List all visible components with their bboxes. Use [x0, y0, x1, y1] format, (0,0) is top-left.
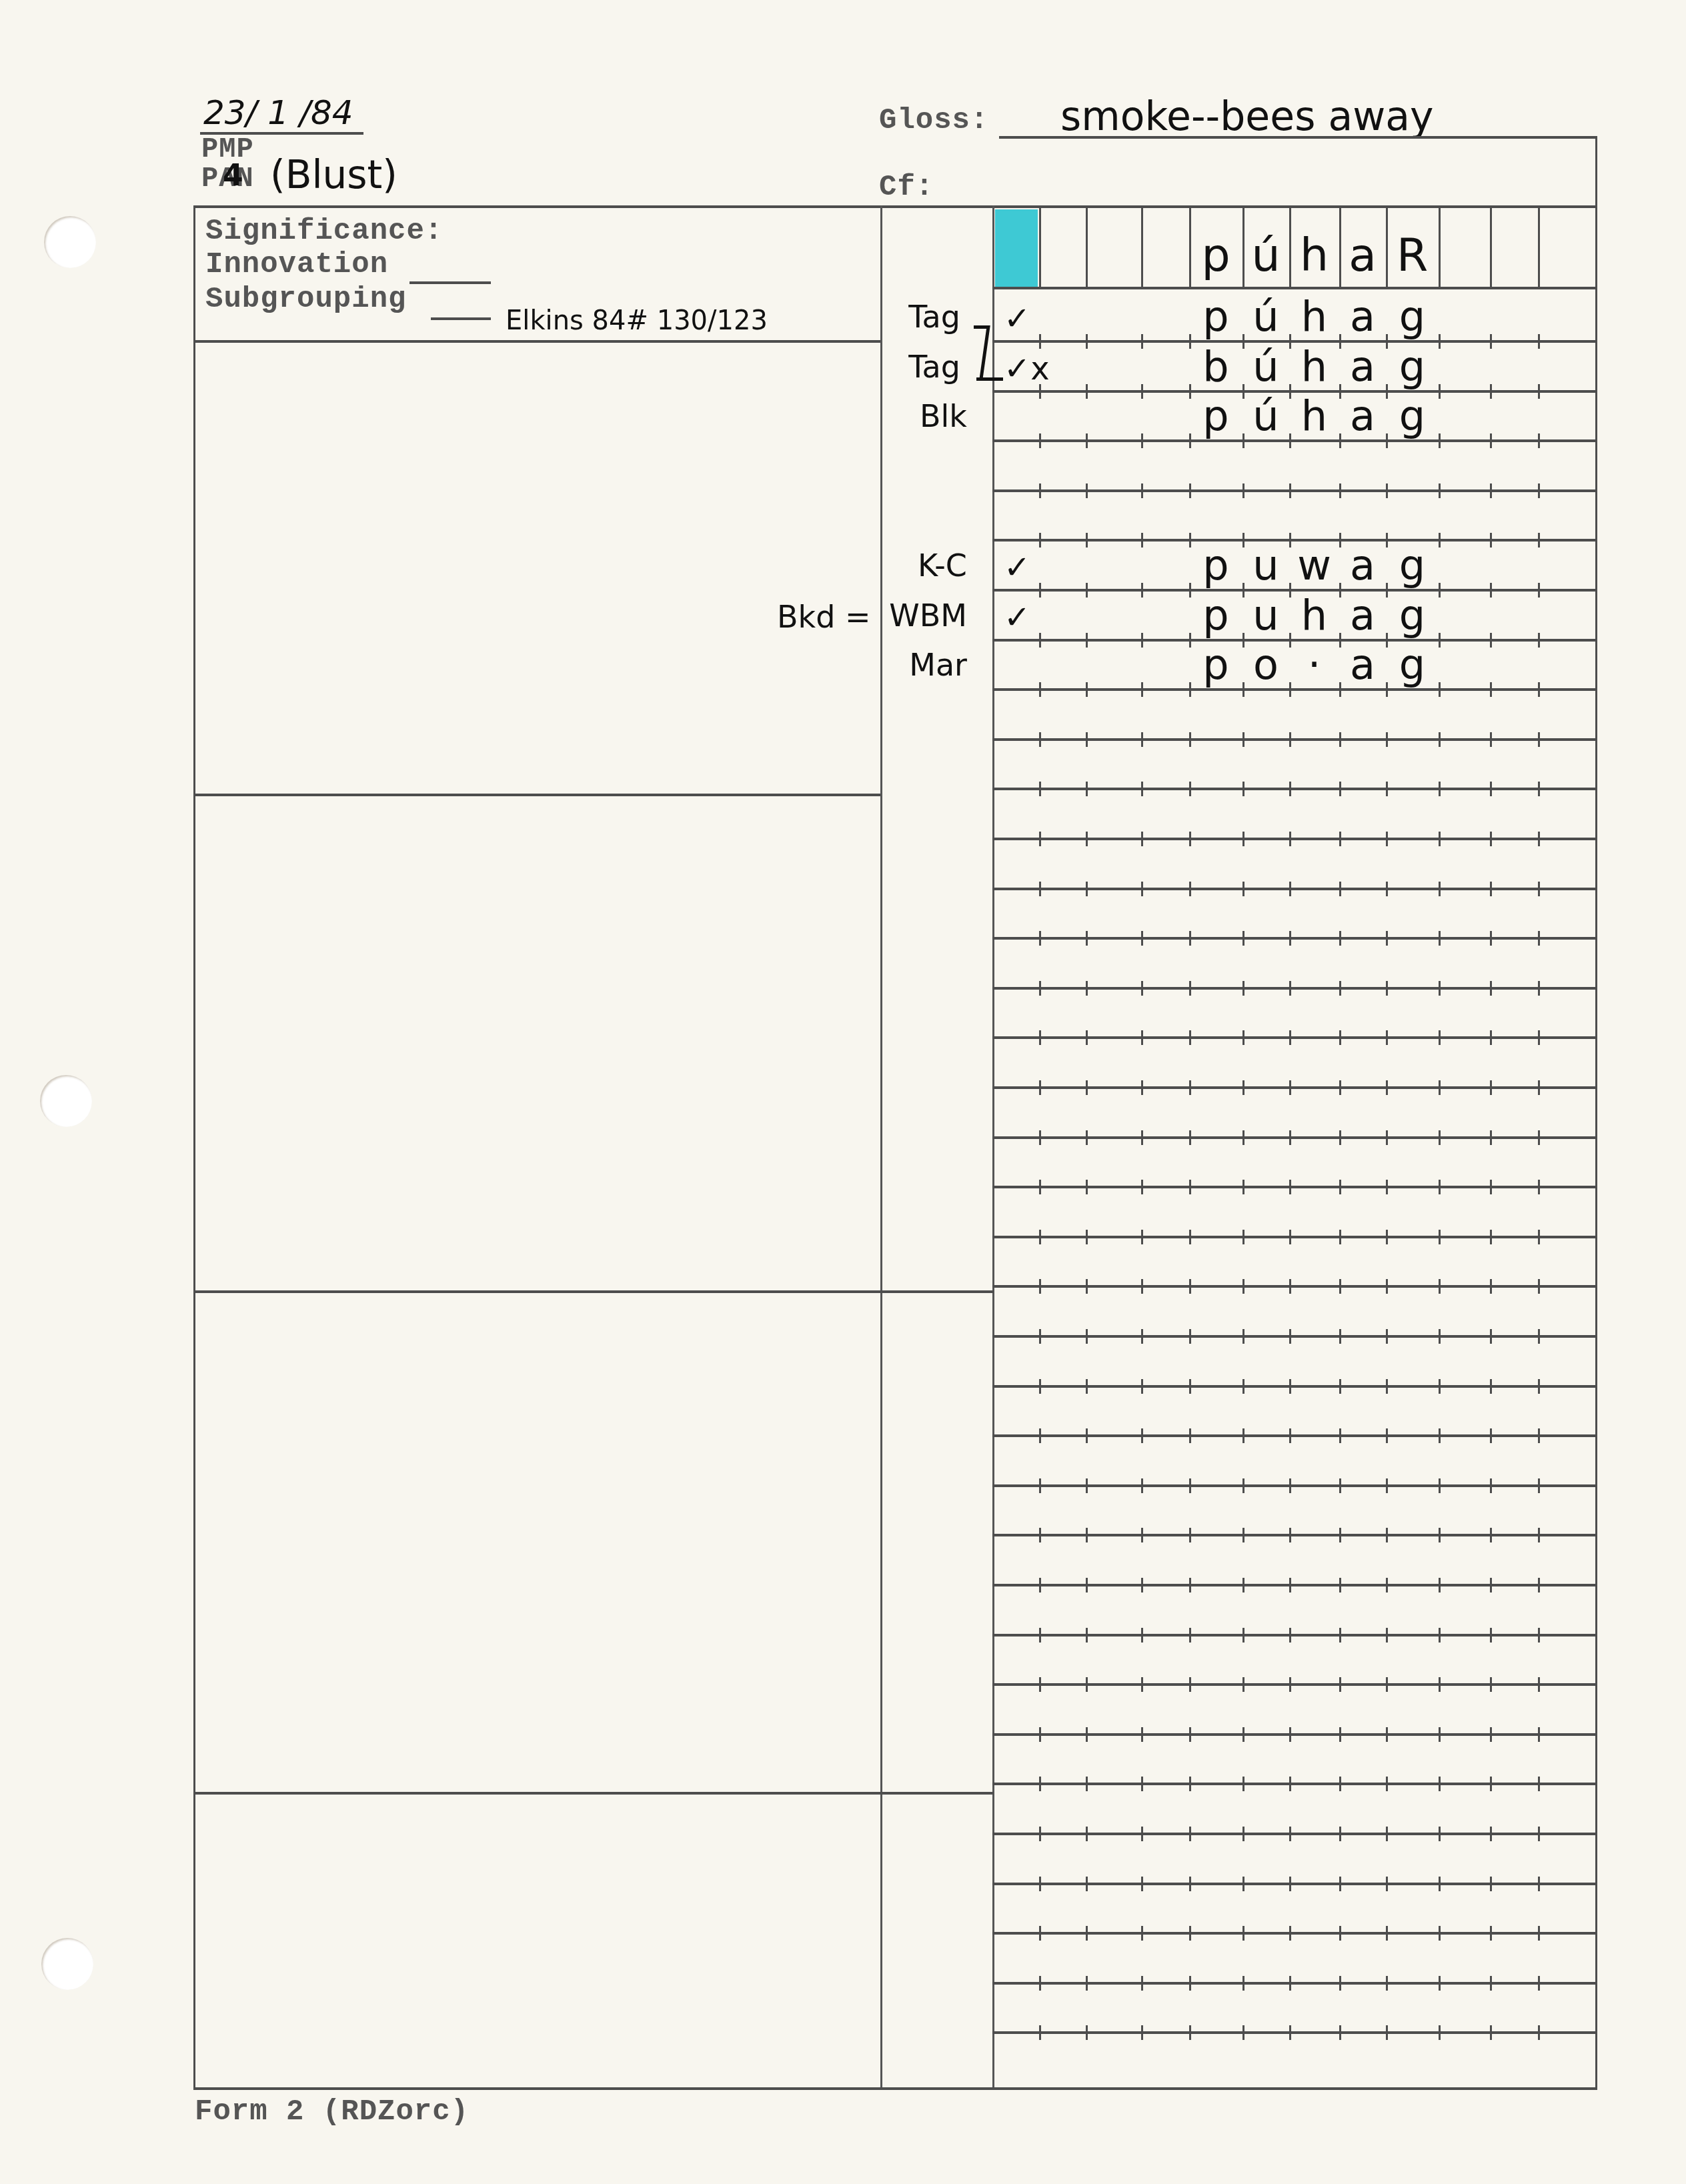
- form-segment: a: [1339, 292, 1386, 341]
- segment-tick: [1439, 2025, 1441, 2040]
- segment-tick: [1189, 1926, 1191, 1941]
- header-highlight-cell: [995, 209, 1038, 288]
- segment-tick: [1039, 1777, 1041, 1791]
- entry-row-line: [992, 1833, 1595, 1835]
- segment-tick: [1490, 1777, 1492, 1791]
- segment-tick: [1086, 1478, 1088, 1493]
- protolanguage-overwrite: 4: [223, 159, 243, 193]
- entry-row-line: [992, 1534, 1595, 1536]
- segment-tick: [1039, 1030, 1041, 1045]
- segment-tick: [1490, 1827, 1492, 1841]
- entry-row-line: [992, 738, 1595, 741]
- left-divider-3: [193, 1290, 994, 1293]
- segment-tick: [1086, 1379, 1088, 1394]
- segment-tick: [1490, 782, 1492, 796]
- segment-tick: [1289, 1379, 1291, 1394]
- entry-row-line: [992, 1086, 1595, 1089]
- language-label: Blk: [867, 398, 967, 434]
- segment-tick: [1386, 1926, 1388, 1941]
- segment-tick: [1439, 732, 1441, 747]
- left-divider-4: [193, 1792, 994, 1795]
- segment-tick: [1289, 1478, 1291, 1493]
- form-segment: p: [1189, 541, 1242, 590]
- segment-tick: [1490, 682, 1492, 697]
- segment-tick: [1289, 1279, 1291, 1294]
- form-segment: p: [1189, 591, 1242, 640]
- segment-tick: [1141, 633, 1143, 648]
- segment-tick: [1289, 832, 1291, 846]
- segment-tick: [1141, 682, 1143, 697]
- language-label: Tag: [860, 299, 960, 335]
- segment-tick: [1386, 1727, 1388, 1742]
- segment-tick: [1242, 1877, 1244, 1891]
- segment-tick: [1538, 1279, 1540, 1294]
- segment-tick: [1490, 583, 1492, 598]
- segment-tick: [1538, 1478, 1540, 1493]
- segment-tick: [1386, 1428, 1388, 1443]
- segment-tick: [1086, 633, 1088, 648]
- segment-tick: [1086, 1428, 1088, 1443]
- segment-tick: [1242, 1727, 1244, 1742]
- segment-tick: [1538, 931, 1540, 946]
- segment-tick: [1538, 1727, 1540, 1742]
- segment-tick: [1439, 1230, 1441, 1244]
- segment-tick: [1538, 1428, 1540, 1443]
- form-segment: g: [1386, 640, 1439, 689]
- segment-tick: [1086, 931, 1088, 946]
- segment-tick: [1339, 882, 1341, 896]
- subgrouping-label: Subgrouping: [205, 283, 406, 316]
- segment-tick: [1242, 1777, 1244, 1791]
- segment-tick: [1538, 1677, 1540, 1692]
- segment-tick: [1086, 1030, 1088, 1045]
- segment-tick: [1141, 931, 1143, 946]
- segment-tick: [1490, 1230, 1492, 1244]
- segment-tick: [1141, 1677, 1143, 1692]
- segment-tick: [1289, 882, 1291, 896]
- segment-tick: [1386, 1080, 1388, 1095]
- segment-tick: [1086, 882, 1088, 896]
- tag-bracket-vertical: [979, 325, 990, 380]
- segment-tick: [1490, 1180, 1492, 1194]
- segment-tick: [1439, 1777, 1441, 1791]
- segment-tick: [1439, 832, 1441, 846]
- segment-tick: [1189, 1180, 1191, 1194]
- segment-tick: [1538, 533, 1540, 548]
- segment-tick: [1189, 1279, 1191, 1294]
- segment-tick: [1339, 1976, 1341, 1991]
- segment-tick: [1039, 1827, 1041, 1841]
- segment-tick: [1289, 2025, 1291, 2040]
- form-segment: h: [1289, 391, 1339, 440]
- segment-tick: [1039, 882, 1041, 896]
- segment-tick: [1339, 1130, 1341, 1145]
- segment-tick: [1242, 2025, 1244, 2040]
- segment-tick: [1039, 483, 1041, 498]
- segment-tick: [1538, 1030, 1540, 1045]
- segment-tick: [1039, 533, 1041, 548]
- segment-tick: [1339, 1030, 1341, 1045]
- segment-tick: [1039, 433, 1041, 448]
- segment-tick: [1339, 1926, 1341, 1941]
- segment-tick: [1141, 1578, 1143, 1592]
- segment-tick: [1490, 1080, 1492, 1095]
- entry-row-line: [992, 1783, 1595, 1785]
- segment-tick: [1386, 1329, 1388, 1344]
- segment-tick: [1242, 1180, 1244, 1194]
- segment-tick: [1439, 1976, 1441, 1991]
- segment-tick: [1289, 1877, 1291, 1891]
- cf-label: Cf:: [879, 171, 934, 204]
- segment-tick: [1141, 1080, 1143, 1095]
- segment-tick: [1490, 1727, 1492, 1742]
- segment-tick: [1086, 1329, 1088, 1344]
- segment-tick: [1242, 782, 1244, 796]
- segment-tick: [1289, 1130, 1291, 1145]
- header-grid-column-divider: [1538, 207, 1540, 288]
- segment-tick: [1289, 1428, 1291, 1443]
- gloss-label: Gloss:: [879, 104, 988, 137]
- segment-tick: [1538, 1180, 1540, 1194]
- form-segment: a: [1339, 640, 1386, 689]
- reference-note: Elkins 84# 130/123: [506, 305, 768, 336]
- segment-tick: [1386, 882, 1388, 896]
- segment-tick: [1289, 981, 1291, 996]
- segment-tick: [1189, 1379, 1191, 1394]
- segment-tick: [1439, 1379, 1441, 1394]
- segment-tick: [1386, 1976, 1388, 1991]
- segment-tick: [1339, 1329, 1341, 1344]
- segment-tick: [1538, 1578, 1540, 1592]
- segment-tick: [1339, 1677, 1341, 1692]
- entry-row-line: [992, 489, 1595, 492]
- segment-tick: [1141, 2025, 1143, 2040]
- segment-tick: [1242, 1130, 1244, 1145]
- segment-tick: [1086, 1677, 1088, 1692]
- binder-hole-middle: [40, 1075, 92, 1127]
- segment-tick: [1189, 1080, 1191, 1095]
- segment-tick: [1339, 2025, 1341, 2040]
- segment-tick: [1189, 1976, 1191, 1991]
- segment-tick: [1189, 1877, 1191, 1891]
- segment-tick: [1538, 1877, 1540, 1891]
- segment-tick: [1039, 633, 1041, 648]
- segment-tick: [1386, 1030, 1388, 1045]
- segment-tick: [1439, 583, 1441, 598]
- segment-tick: [1289, 782, 1291, 796]
- segment-tick: [1439, 1578, 1441, 1592]
- segment-tick: [1386, 1777, 1388, 1791]
- segment-tick: [1086, 981, 1088, 996]
- segment-tick: [1490, 1478, 1492, 1493]
- segment-tick: [1439, 1628, 1441, 1643]
- segment-tick: [1339, 1279, 1341, 1294]
- segment-tick: [1189, 483, 1191, 498]
- form-segment: g: [1386, 541, 1439, 590]
- segment-tick: [1339, 981, 1341, 996]
- tag-bracket-bottom: [976, 377, 1003, 381]
- segment-tick: [1289, 1080, 1291, 1095]
- form-segment: g: [1386, 342, 1439, 391]
- segment-tick: [1242, 1030, 1244, 1045]
- segment-tick: [1141, 1230, 1143, 1244]
- form-segment: a: [1339, 591, 1386, 640]
- innovation-blank[interactable]: [409, 281, 491, 284]
- segment-tick: [1189, 1030, 1191, 1045]
- segment-tick: [1086, 433, 1088, 448]
- entry-row-line: [992, 2031, 1595, 2034]
- form-segment: u: [1242, 541, 1289, 590]
- segment-tick: [1189, 1230, 1191, 1244]
- segment-tick: [1086, 682, 1088, 697]
- segment-tick: [1439, 334, 1441, 349]
- segment-tick: [1439, 1329, 1441, 1344]
- segment-tick: [1086, 1827, 1088, 1841]
- segment-tick: [1439, 384, 1441, 399]
- segment-tick: [1386, 1230, 1388, 1244]
- segment-tick: [1086, 1279, 1088, 1294]
- segment-tick: [1439, 1030, 1441, 1045]
- segment-tick: [1039, 1877, 1041, 1891]
- form-segment: b: [1189, 342, 1242, 391]
- segment-tick: [1538, 832, 1540, 846]
- segment-tick: [1386, 1180, 1388, 1194]
- segment-tick: [1086, 483, 1088, 498]
- segment-tick: [1039, 583, 1041, 598]
- entry-prefix: Bkd =: [777, 599, 871, 635]
- segment-tick: [1538, 1827, 1540, 1841]
- gloss-underline: [999, 136, 1597, 139]
- left-divider-1: [193, 340, 880, 343]
- segment-tick: [1189, 1578, 1191, 1592]
- segment-tick: [1490, 1528, 1492, 1542]
- segment-tick: [1189, 1777, 1191, 1791]
- segment-tick: [1538, 633, 1540, 648]
- form-segment: w: [1289, 541, 1339, 590]
- segment-tick: [1086, 583, 1088, 598]
- segment-tick: [1189, 732, 1191, 747]
- segment-tick: [1242, 981, 1244, 996]
- segment-tick: [1242, 1677, 1244, 1692]
- segment-tick: [1242, 931, 1244, 946]
- segment-tick: [1039, 334, 1041, 349]
- segment-tick: [1339, 1230, 1341, 1244]
- segment-tick: [1538, 433, 1540, 448]
- entry-row-line: [992, 1335, 1595, 1338]
- segment-tick: [1242, 1528, 1244, 1542]
- segment-tick: [1339, 483, 1341, 498]
- segment-tick: [1039, 782, 1041, 796]
- segment-tick: [1039, 1628, 1041, 1643]
- segment-tick: [1289, 1528, 1291, 1542]
- segment-tick: [1039, 2025, 1041, 2040]
- entry-row-line: [992, 1982, 1595, 1985]
- segment-tick: [1339, 1777, 1341, 1791]
- segment-tick: [1189, 1478, 1191, 1493]
- form-segment: ·: [1289, 640, 1339, 689]
- form-segment: a: [1339, 541, 1386, 590]
- segment-tick: [1439, 1080, 1441, 1095]
- segment-tick: [1141, 1279, 1143, 1294]
- segment-tick: [1189, 2025, 1191, 2040]
- segment-tick: [1242, 882, 1244, 896]
- segment-tick: [1490, 433, 1492, 448]
- segment-tick: [1439, 682, 1441, 697]
- frame-right: [1595, 205, 1597, 2090]
- segment-tick: [1242, 1578, 1244, 1592]
- segment-tick: [1538, 1329, 1540, 1344]
- form-segment: ú: [1242, 342, 1289, 391]
- segment-tick: [1039, 981, 1041, 996]
- segment-tick: [1490, 334, 1492, 349]
- segment-tick: [1141, 1777, 1143, 1791]
- segment-tick: [1490, 1578, 1492, 1592]
- segment-tick: [1490, 533, 1492, 548]
- segment-tick: [1189, 1528, 1191, 1542]
- significance-label: Significance:: [205, 215, 443, 248]
- form-label: Form 2 (RDZorc): [195, 2095, 469, 2129]
- reconstruction-segment: R: [1386, 229, 1439, 282]
- segment-tick: [1086, 1877, 1088, 1891]
- segment-tick: [1289, 483, 1291, 498]
- segment-tick: [1039, 1926, 1041, 1941]
- segment-tick: [1339, 1727, 1341, 1742]
- segment-tick: [1189, 1628, 1191, 1643]
- segment-tick: [1086, 1180, 1088, 1194]
- segment-tick: [1242, 1428, 1244, 1443]
- segment-tick: [1538, 1230, 1540, 1244]
- segment-tick: [1086, 1926, 1088, 1941]
- segment-tick: [1242, 1230, 1244, 1244]
- subgrouping-blank[interactable]: [431, 317, 491, 320]
- segment-tick: [1242, 832, 1244, 846]
- segment-tick: [1039, 1528, 1041, 1542]
- segment-tick: [1039, 1230, 1041, 1244]
- segment-tick: [1439, 1926, 1441, 1941]
- segment-tick: [1141, 882, 1143, 896]
- segment-tick: [1538, 981, 1540, 996]
- segment-tick: [1538, 483, 1540, 498]
- segment-tick: [1490, 633, 1492, 648]
- segment-tick: [1439, 483, 1441, 498]
- segment-tick: [1490, 882, 1492, 896]
- entry-row-line: [992, 888, 1595, 890]
- form-segment: a: [1339, 342, 1386, 391]
- segment-tick: [1039, 1478, 1041, 1493]
- form-segment: p: [1189, 391, 1242, 440]
- segment-tick: [1039, 1976, 1041, 1991]
- left-divider-2: [193, 794, 880, 796]
- entry-row-line: [992, 1236, 1595, 1238]
- entry-row-line: [992, 1285, 1595, 1288]
- segment-tick: [1039, 1080, 1041, 1095]
- segment-tick: [1339, 1827, 1341, 1841]
- segment-tick: [1439, 1180, 1441, 1194]
- language-label: Mar: [867, 647, 967, 683]
- segment-tick: [1039, 1727, 1041, 1742]
- binder-hole-bottom: [41, 1938, 93, 1990]
- entry-row-line: [992, 1484, 1595, 1487]
- segment-tick: [1490, 1628, 1492, 1643]
- header-grid-bottom: [992, 287, 1597, 289]
- segment-tick: [1189, 1677, 1191, 1692]
- segment-tick: [1538, 782, 1540, 796]
- segment-tick: [1386, 931, 1388, 946]
- segment-tick: [1538, 682, 1540, 697]
- check-mark-icon: ✓: [1004, 599, 1030, 636]
- segment-tick: [1339, 732, 1341, 747]
- segment-tick: [1242, 1926, 1244, 1941]
- segment-tick: [1490, 483, 1492, 498]
- segment-tick: [1189, 1329, 1191, 1344]
- header-grid-column-divider: [1490, 207, 1492, 288]
- segment-tick: [1439, 1727, 1441, 1742]
- segment-tick: [1086, 832, 1088, 846]
- segment-tick: [1141, 1877, 1143, 1891]
- segment-tick: [1538, 1528, 1540, 1542]
- segment-tick: [1086, 1230, 1088, 1244]
- form-segment: h: [1289, 591, 1339, 640]
- segment-tick: [1386, 1379, 1388, 1394]
- segment-tick: [1141, 732, 1143, 747]
- segment-tick: [1289, 1628, 1291, 1643]
- segment-tick: [1439, 1677, 1441, 1692]
- segment-tick: [1086, 384, 1088, 399]
- segment-tick: [1289, 931, 1291, 946]
- segment-tick: [1039, 1279, 1041, 1294]
- segment-tick: [1289, 1677, 1291, 1692]
- frame-left: [193, 205, 195, 2090]
- segment-tick: [1439, 981, 1441, 996]
- segment-tick: [1141, 1478, 1143, 1493]
- segment-tick: [1141, 832, 1143, 846]
- segment-tick: [1490, 2025, 1492, 2040]
- segment-tick: [1086, 1777, 1088, 1791]
- entry-row-line: [992, 1036, 1595, 1039]
- segment-tick: [1439, 633, 1441, 648]
- segment-tick: [1141, 1180, 1143, 1194]
- segment-tick: [1242, 1279, 1244, 1294]
- segment-tick: [1386, 1677, 1388, 1692]
- segment-tick: [1189, 1428, 1191, 1443]
- segment-tick: [1039, 682, 1041, 697]
- segment-tick: [1538, 1926, 1540, 1941]
- segment-tick: [1086, 1628, 1088, 1643]
- segment-tick: [1039, 1578, 1041, 1592]
- segment-tick: [1039, 1130, 1041, 1145]
- segment-tick: [1339, 782, 1341, 796]
- segment-tick: [1189, 981, 1191, 996]
- segment-tick: [1386, 1528, 1388, 1542]
- language-label: WBM: [867, 598, 967, 634]
- segment-tick: [1039, 1379, 1041, 1394]
- form-segment: h: [1289, 342, 1339, 391]
- segment-tick: [1141, 1926, 1143, 1941]
- gloss-value[interactable]: smoke--bees away: [1060, 93, 1434, 140]
- segment-tick: [1141, 334, 1143, 349]
- segment-tick: [1289, 1030, 1291, 1045]
- segment-tick: [1242, 1080, 1244, 1095]
- segment-tick: [1538, 384, 1540, 399]
- segment-tick: [1141, 433, 1143, 448]
- segment-tick: [1386, 782, 1388, 796]
- segment-tick: [1386, 832, 1388, 846]
- segment-tick: [1289, 1578, 1291, 1592]
- tag-bracket-top: [974, 325, 987, 329]
- segment-tick: [1289, 1926, 1291, 1941]
- segment-tick: [1538, 1777, 1540, 1791]
- segment-tick: [1490, 1130, 1492, 1145]
